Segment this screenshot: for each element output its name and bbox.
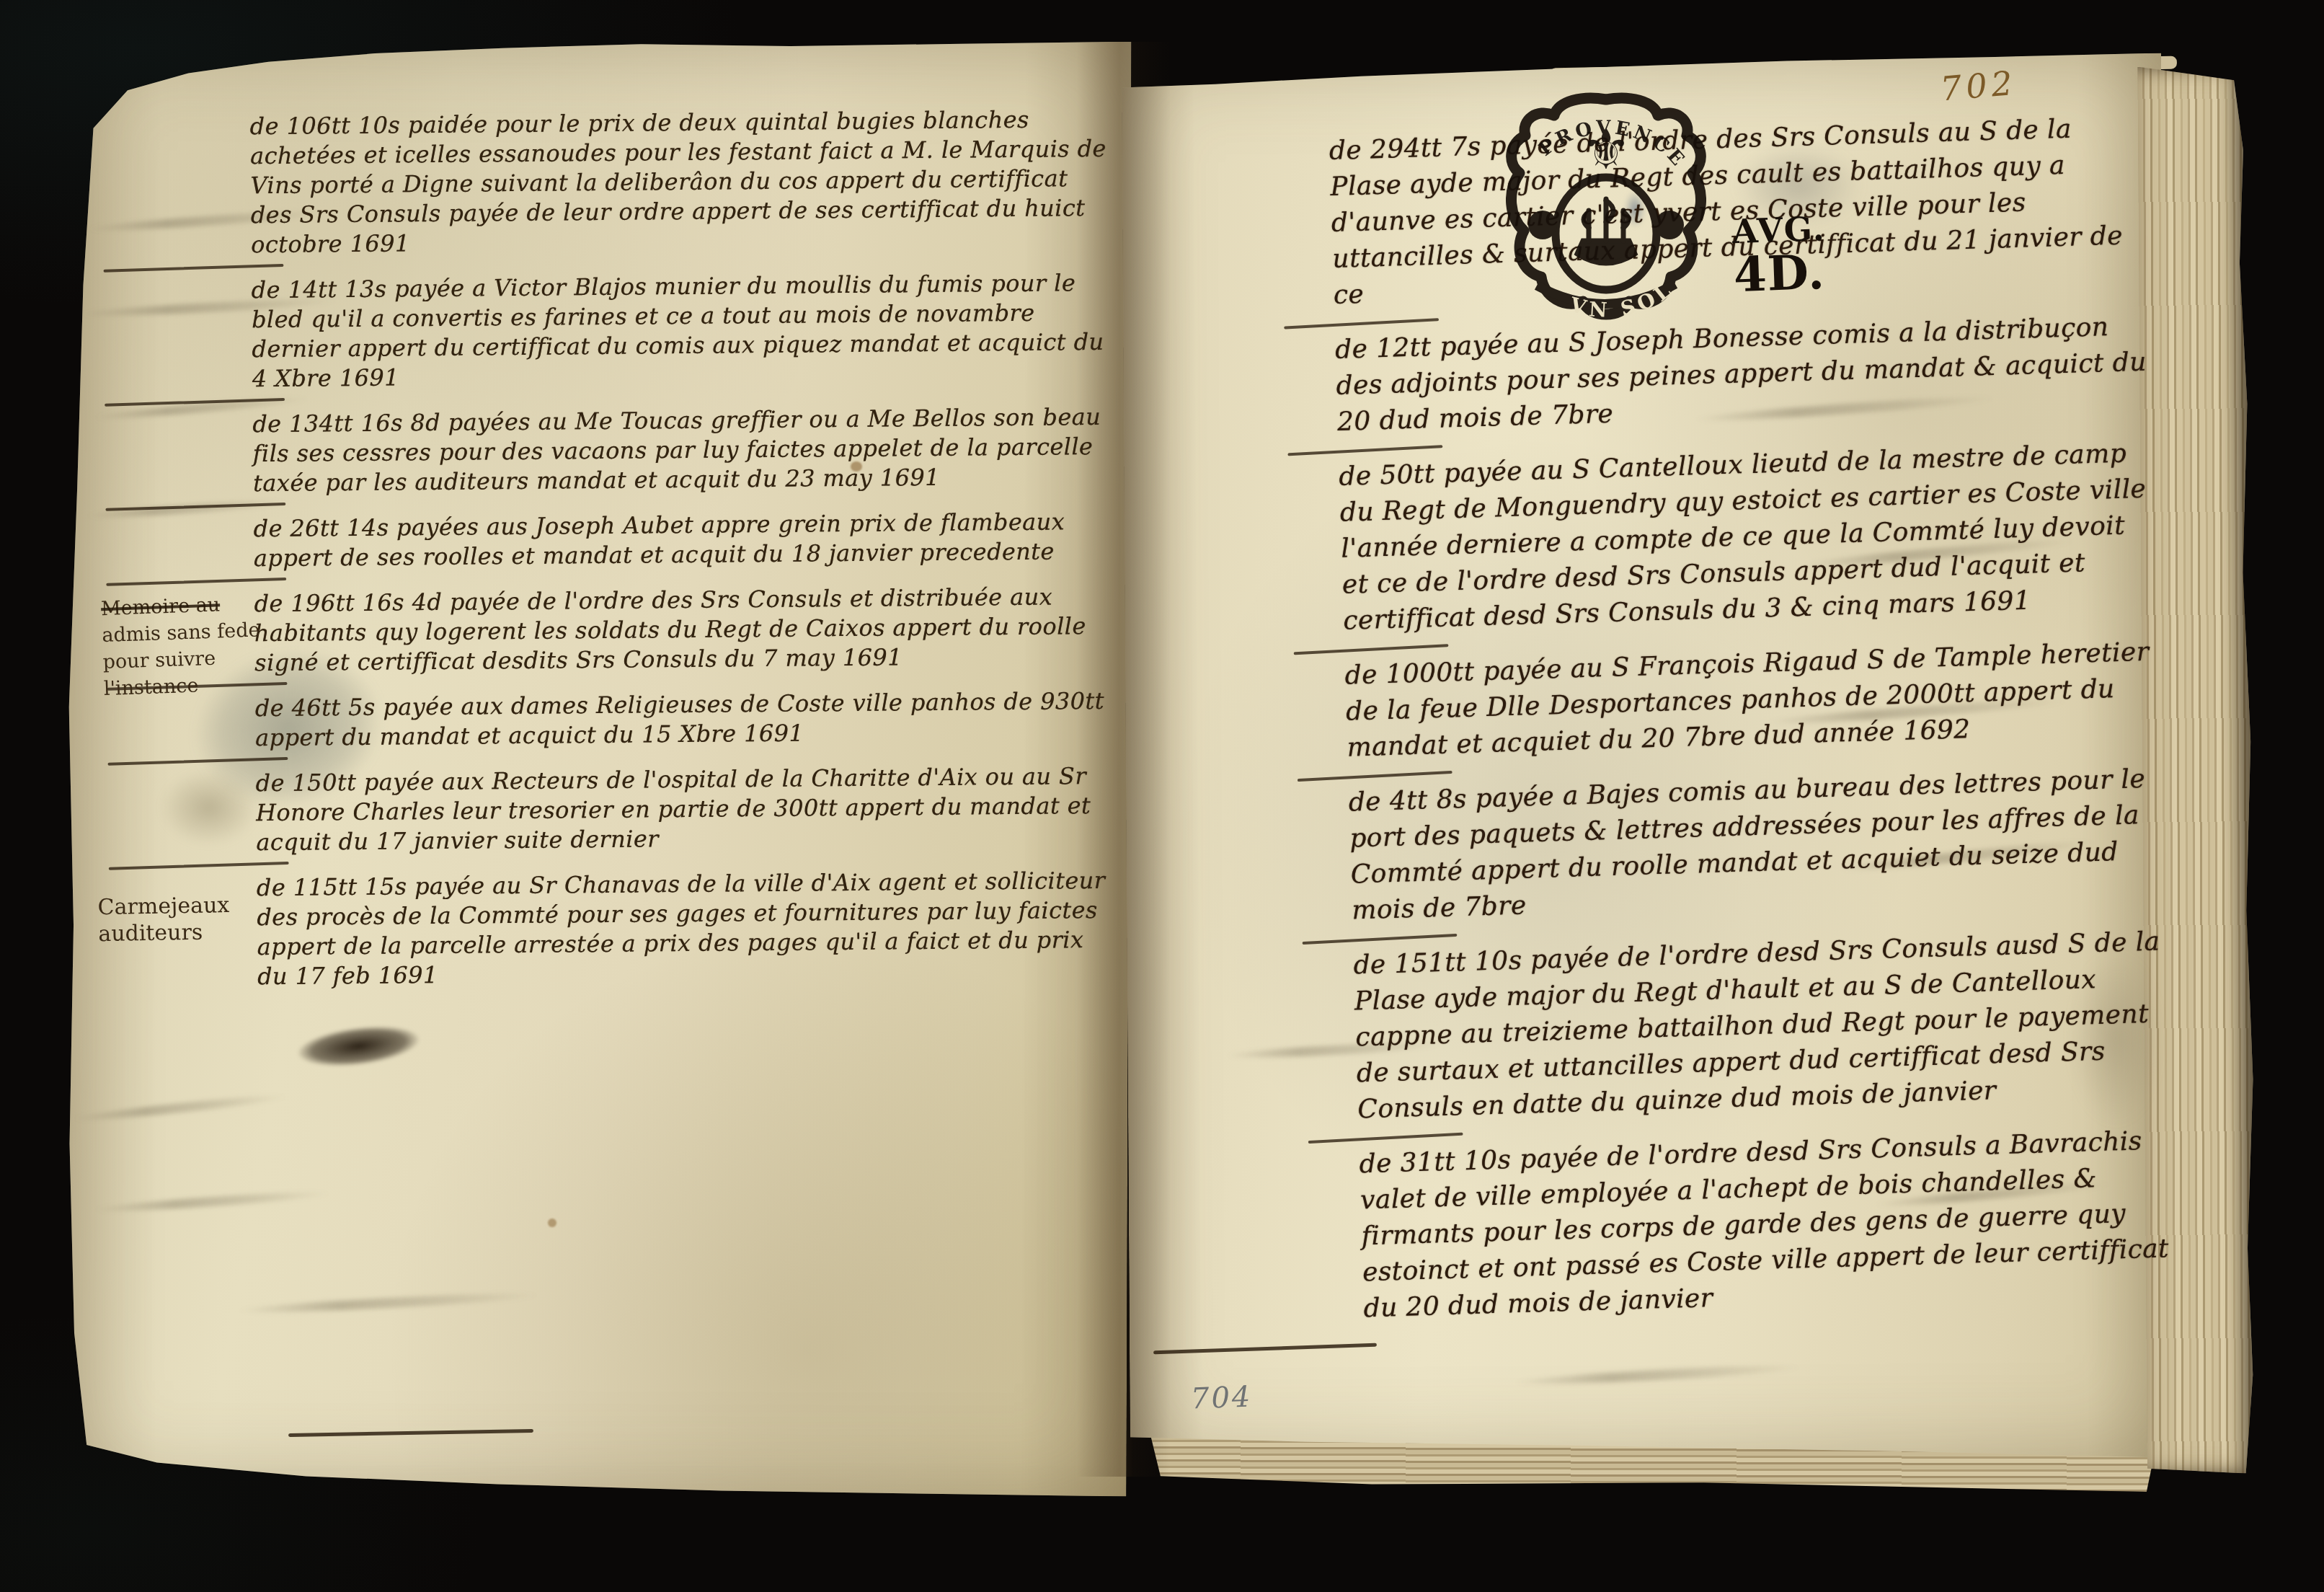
margin-note-line: pour suivre bbox=[102, 647, 216, 673]
margin-note-line: l'instance bbox=[103, 674, 198, 700]
fleur-de-lis-icon: ⚜ bbox=[1581, 118, 1631, 182]
ledger-entry: de 46tt 5s payée aux dames Religieuses d… bbox=[255, 686, 1114, 753]
ledger-entry: de 12tt payée au S Joseph Bonesse comis … bbox=[1334, 309, 2150, 441]
ledger-entry: de 115tt 15s payée au Sr Chanavas de la … bbox=[257, 866, 1115, 991]
ledger-entry: de 150tt payée aux Recteurs de l'ospital… bbox=[256, 761, 1114, 857]
ledger-entry: de 4tt 8s payée a Bajes comis au bureau … bbox=[1348, 761, 2165, 929]
folio-number-pencil: 704 bbox=[1190, 1381, 1253, 1416]
stamp-ornament bbox=[1655, 211, 1684, 239]
tax-stamp-graphic: PROVENCE ⚜ VN SOL bbox=[1482, 91, 1730, 333]
ledger-entry: de 151tt 10s payée de l'ordre desd Srs C… bbox=[1353, 924, 2171, 1128]
ledger-entry: de 31tt 10s payée de l'ordre desd Srs Co… bbox=[1359, 1123, 2177, 1327]
margin-note: Memoire au admis sans fede pour suivre l… bbox=[100, 590, 273, 702]
ledger-entry: de 134tt 16s 8d payées au Me Toucas gref… bbox=[252, 402, 1111, 498]
tax-stamp: PROVENCE ⚜ VN SOL bbox=[1482, 91, 1730, 333]
left-page-text: de 106tt 10s paidée pour le prix de deux… bbox=[250, 105, 1116, 1007]
ledger-entry: de 50tt payée au S Cantelloux lieutd de … bbox=[1339, 435, 2157, 639]
ledger-entry: de 106tt 10s paidée pour le prix de deux… bbox=[250, 105, 1109, 260]
margin-note-line: auditeurs bbox=[98, 920, 203, 947]
margin-note: Carmejeaux auditeurs bbox=[97, 891, 278, 947]
ledger-entry: de 196tt 16s 4d payée de l'ordre des Srs… bbox=[254, 582, 1112, 678]
margin-note-line: Carmejeaux bbox=[97, 893, 229, 920]
stamp-ornament bbox=[1528, 211, 1557, 239]
margin-note-line: Memoire au bbox=[101, 593, 221, 620]
ledger-entry: de 14tt 13s payée a Victor Blajos munier… bbox=[252, 268, 1110, 394]
stamp-overprint-month: AVG. bbox=[1731, 212, 1826, 248]
manuscript-photo: de 106tt 10s paidée pour le prix de deux… bbox=[0, 0, 2324, 1592]
folio-number-ink: 702 bbox=[1939, 63, 2018, 108]
ledger-entry: de 1000tt payée au S François Rigaud S d… bbox=[1344, 634, 2160, 766]
margin-note-line: admis sans fede bbox=[102, 619, 260, 647]
stamp-overprint: AVG. 4D. bbox=[1731, 212, 1828, 298]
ship-icon bbox=[1577, 199, 1635, 263]
stamp-overprint-duty: 4D. bbox=[1733, 248, 1828, 298]
ledger-entry: de 26tt 14s payées aus Joseph Aubet appr… bbox=[253, 507, 1112, 573]
